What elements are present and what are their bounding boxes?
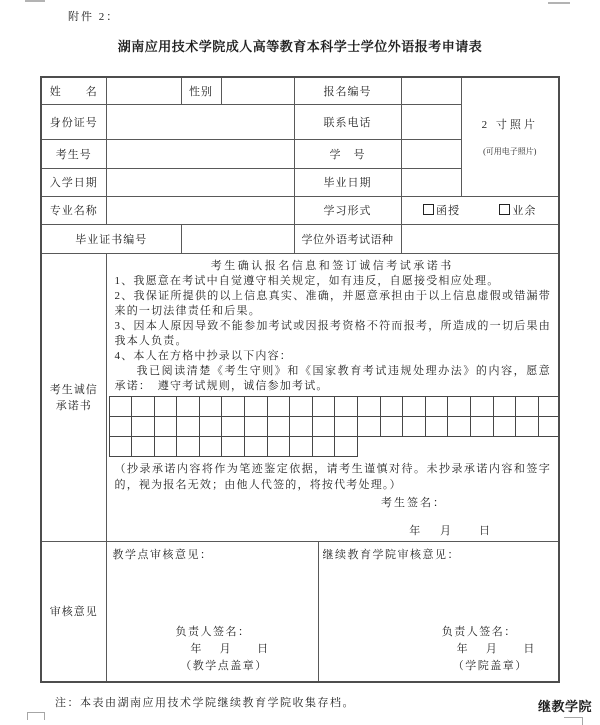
- candidate-no-input-cell[interactable]: [106, 139, 294, 168]
- copy-grid-cell[interactable]: [357, 396, 381, 417]
- review-section-teaching-point: 教学点审核意见： 负责人签名： 年 月 日 （教学点盖章）: [109, 542, 319, 681]
- signer-label: 负责人签名：: [113, 624, 314, 641]
- copy-grid-cell[interactable]: [334, 436, 358, 457]
- copy-grid-cell[interactable]: [447, 396, 471, 417]
- table-row: 考生诚信 承诺书 考生确认报名信息和签订诚信考试承诺书 1、我愿意在考试中自觉遵…: [41, 253, 559, 541]
- copy-grid-cell[interactable]: [515, 416, 539, 437]
- table-row: 审核意见 教学点审核意见： 负责人签名： 年 月 日 （教学点盖章） 继续教育学…: [41, 541, 559, 682]
- footer-note: 注：本表由湖南应用技术学院继续教育学院收集存档。: [55, 694, 355, 710]
- copy-grid-cell[interactable]: [470, 396, 494, 417]
- photo-label: 2 寸照片: [464, 116, 557, 132]
- copy-grid-cell[interactable]: [447, 416, 471, 437]
- checkbox-part-time[interactable]: 业余: [499, 202, 536, 218]
- copy-grid-row: [109, 416, 557, 437]
- study-form-options-cell: 函授 业余: [401, 196, 559, 224]
- copy-grid-cell[interactable]: [221, 436, 245, 457]
- seal-label: （学院盖章）: [407, 658, 553, 675]
- commitment-item: 2、我保证所提供的以上信息真实、准确，并愿意承担由于以上信息虚假或错漏带来的一切…: [115, 289, 552, 319]
- field-label-id-no: 身份证号: [41, 104, 106, 139]
- copy-grid-cell[interactable]: [515, 396, 539, 417]
- photo-box: 2 寸照片 (可用电子照片): [461, 77, 559, 196]
- field-label-enroll-date: 入学日期: [41, 168, 106, 196]
- checkbox-icon[interactable]: [423, 204, 434, 215]
- copy-grid-cell[interactable]: [334, 416, 358, 437]
- copy-grid-cell[interactable]: [176, 396, 200, 417]
- commitment-item: 4、本人在方格中抄录以下内容：: [115, 349, 552, 364]
- field-label-student-no: 学 号: [294, 139, 401, 168]
- table-row: 姓 名 性别 报名编号 2 寸照片 (可用电子照片): [41, 77, 559, 104]
- copy-grid-cell[interactable]: [131, 436, 155, 457]
- copy-grid-cell[interactable]: [289, 396, 313, 417]
- checkbox-correspondence[interactable]: 函授: [423, 202, 460, 218]
- field-label-study-form: 学习形式: [294, 196, 401, 224]
- gender-input-cell[interactable]: [221, 77, 294, 104]
- crop-mark-bottom-right: [564, 717, 583, 725]
- copy-grid-cell[interactable]: [221, 396, 245, 417]
- seal-label: （教学点盖章）: [113, 658, 314, 675]
- copy-grid-cell[interactable]: [267, 396, 291, 417]
- review-left-title: 教学点审核意见：: [113, 546, 314, 562]
- name-input-cell[interactable]: [106, 77, 181, 104]
- copy-grid-cell[interactable]: [267, 416, 291, 437]
- copy-grid-row: [109, 436, 557, 457]
- copy-grid-cell[interactable]: [221, 416, 245, 437]
- copy-grid-cell[interactable]: [244, 416, 268, 437]
- phone-input-cell[interactable]: [401, 104, 461, 139]
- copy-grid-cell[interactable]: [176, 436, 200, 457]
- field-label-phone: 联系电话: [294, 104, 401, 139]
- enroll-date-input-cell[interactable]: [106, 168, 294, 196]
- copy-grid-cell[interactable]: [131, 396, 155, 417]
- review-side-label: 审核意见: [41, 541, 106, 682]
- signer-label: 负责人签名：: [407, 624, 553, 641]
- copy-grid-cell[interactable]: [199, 436, 223, 457]
- scanned-application-form-page: 附件 2： 湖南应用技术学院成人高等教育本科学士学位外语报考申请表 姓 名 性别…: [0, 0, 600, 725]
- commitment-side-label-line1: 考生诚信: [44, 381, 104, 397]
- copy-grid-cell[interactable]: [109, 436, 133, 457]
- application-form-table: 姓 名 性别 报名编号 2 寸照片 (可用电子照片) 身份证号 联系电话 考生号…: [40, 76, 560, 683]
- commitment-cell: 考生确认报名信息和签订诚信考试承诺书 1、我愿意在考试中自觉遵守相关规定，如有违…: [106, 253, 559, 541]
- copy-grid-cell[interactable]: [244, 396, 268, 417]
- copy-grid-cell[interactable]: [538, 396, 559, 417]
- field-label-grad-date: 毕业日期: [294, 168, 401, 196]
- id-no-input-cell[interactable]: [106, 104, 294, 139]
- copy-grid-cell[interactable]: [154, 396, 178, 417]
- copy-grid-cell[interactable]: [131, 416, 155, 437]
- form-title: 湖南应用技术学院成人高等教育本科学士学位外语报考申请表: [0, 36, 600, 55]
- copy-grid-cell[interactable]: [312, 396, 336, 417]
- checkbox-label: 函授: [436, 205, 460, 217]
- copy-grid: [109, 396, 557, 457]
- copy-grid-cell[interactable]: [109, 396, 133, 417]
- copy-grid-cell[interactable]: [334, 396, 358, 417]
- major-input-cell[interactable]: [106, 196, 294, 224]
- copy-grid-cell[interactable]: [380, 396, 404, 417]
- review-cell: 教学点审核意见： 负责人签名： 年 月 日 （教学点盖章） 继续教育学院审核意见…: [106, 541, 559, 682]
- copy-grid-cell[interactable]: [493, 396, 517, 417]
- crop-mark-top-right: [548, 2, 570, 4]
- commitment-item: 1、我愿意在考试中自觉遵守相关规定，如有违反，自愿接受相应处理。: [115, 274, 552, 289]
- table-row: 专业名称 学习形式 函授 业余: [41, 196, 559, 224]
- commitment-side-label: 考生诚信 承诺书: [41, 253, 106, 541]
- copy-grid-cell[interactable]: [154, 436, 178, 457]
- checkbox-icon[interactable]: [499, 204, 510, 215]
- copy-grid-cell[interactable]: [289, 436, 313, 457]
- field-label-candidate-no: 考生号: [41, 139, 106, 168]
- copy-grid-cell[interactable]: [402, 416, 426, 437]
- commitment-title: 考生确认报名信息和签订诚信考试承诺书: [109, 254, 557, 273]
- date-label: 年 月 日: [407, 641, 553, 658]
- copy-grid-cell[interactable]: [109, 416, 133, 437]
- copy-grid-cell[interactable]: [538, 416, 559, 437]
- review-section-college: 继续教育学院审核意见： 负责人签名： 年 月 日 （学院盖章）: [319, 542, 557, 681]
- commitment-item: 3、因本人原因导致不能参加考试或因报考资格不符而报考，所造成的一切后果由我本人负…: [115, 319, 552, 349]
- grad-date-input-cell[interactable]: [401, 168, 461, 196]
- crop-mark-bottom-left: [27, 712, 45, 720]
- copy-grid-cell[interactable]: [244, 436, 268, 457]
- copy-grid-cell[interactable]: [312, 436, 336, 457]
- crop-mark-top-left: [25, 0, 45, 2]
- copy-grid-cell[interactable]: [425, 416, 449, 437]
- checkbox-label: 业余: [512, 205, 536, 217]
- copy-grid-cell[interactable]: [493, 416, 517, 437]
- diploma-no-input-cell[interactable]: [181, 224, 294, 253]
- copy-grid-cell[interactable]: [425, 396, 449, 417]
- candidate-date-label: 年 月 日: [409, 522, 492, 538]
- copy-grid-cell[interactable]: [357, 416, 381, 437]
- copy-grid-cell[interactable]: [289, 416, 313, 437]
- field-label-diploma-no: 毕业证书编号: [41, 224, 181, 253]
- copy-grid-cell[interactable]: [380, 416, 404, 437]
- pledge-text: 我已阅读清楚《考生守则》和《国家教育考试违规处理办法》的内容，愿意承诺： 遵守考…: [115, 364, 552, 394]
- field-label-gender: 性别: [181, 77, 221, 104]
- commitment-side-label-line2: 承诺书: [44, 397, 104, 413]
- copy-grid-cell[interactable]: [154, 416, 178, 437]
- date-label: 年 月 日: [113, 641, 314, 658]
- field-label-major: 专业名称: [41, 196, 106, 224]
- copy-grid-cell[interactable]: [402, 396, 426, 417]
- photo-sublabel: (可用电子照片): [464, 146, 557, 157]
- copy-grid-cell[interactable]: [176, 416, 200, 437]
- copy-grid-cell[interactable]: [470, 416, 494, 437]
- field-label-name: 姓 名: [41, 77, 106, 104]
- field-label-language: 学位外语考试语种: [294, 224, 401, 253]
- attachment-label: 附件 2：: [68, 8, 119, 24]
- corner-stamp: 继教学院: [538, 696, 592, 715]
- field-label-reg-no: 报名编号: [294, 77, 401, 104]
- copy-grid-cell[interactable]: [199, 416, 223, 437]
- copy-grid-cell[interactable]: [312, 416, 336, 437]
- language-input-cell[interactable]: [401, 224, 559, 253]
- student-no-input-cell[interactable]: [401, 139, 461, 168]
- candidate-signature-label: 考生签名：: [381, 494, 446, 510]
- review-right-title: 继续教育学院审核意见：: [323, 546, 553, 562]
- reg-no-input-cell[interactable]: [401, 77, 461, 104]
- table-row: 毕业证书编号 学位外语考试语种: [41, 224, 559, 253]
- commitment-note: （抄录承诺内容将作为笔迹鉴定依据，请考生谨慎对待。未抄录承诺内容和签字的，视为报…: [109, 457, 557, 493]
- copy-grid-cell[interactable]: [267, 436, 291, 457]
- copy-grid-row: [109, 396, 557, 417]
- copy-grid-cell[interactable]: [199, 396, 223, 417]
